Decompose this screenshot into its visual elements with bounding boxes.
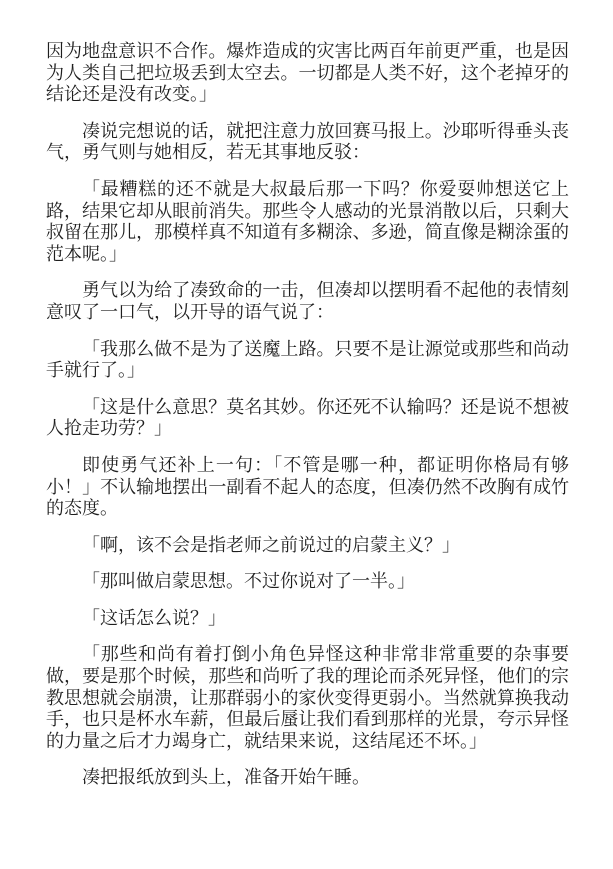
- paragraph: 「那些和尚有着打倒小角色异怪这种非常非常重要的杂事要做，要是那个时候，那些和尚听…: [46, 644, 569, 752]
- paragraph: 「最糟糕的还不就是大叔最后那一下吗？你爱耍帅想送它上路，结果它却从眼前消失。那些…: [46, 179, 569, 265]
- paragraph: 「这是什么意思？莫名其妙。你还死不认输吗？还是说不想被人抢走功劳？」: [46, 397, 569, 440]
- paragraph: 勇气以为给了凑致命的一击，但凑却以摆明看不起他的表情刻意叹了一口气，以开导的语气…: [46, 280, 569, 323]
- book-page: 因为地盘意识不合作。爆炸造成的灾害比两百年前更严重，也是因为人类自己把垃圾丢到太…: [0, 0, 613, 869]
- paragraph: 「这话怎么说？」: [46, 608, 569, 630]
- page-content: 因为地盘意识不合作。爆炸造成的灾害比两百年前更严重，也是因为人类自己把垃圾丢到太…: [46, 41, 569, 789]
- paragraph: 凑说完想说的话，就把注意力放回赛马报上。沙耶听得垂头丧气，勇气则与她相反，若无其…: [46, 121, 569, 164]
- paragraph: 「啊，该不会是指老师之前说过的启蒙主义？」: [46, 535, 569, 557]
- paragraph: 凑把报纸放到头上，准备开始午睡。: [46, 767, 569, 789]
- paragraph: 「那叫做启蒙思想。不过你说对了一半。」: [46, 571, 569, 593]
- paragraph: 即使勇气还补上一句：「不管是哪一种，都证明你格局有够小！」不认输地摆出一副看不起…: [46, 455, 569, 520]
- paragraph: 「我那么做不是为了送魔上路。只要不是让源觉或那些和尚动手就行了。」: [46, 339, 569, 382]
- paragraph: 因为地盘意识不合作。爆炸造成的灾害比两百年前更严重，也是因为人类自己把垃圾丢到太…: [46, 41, 569, 106]
